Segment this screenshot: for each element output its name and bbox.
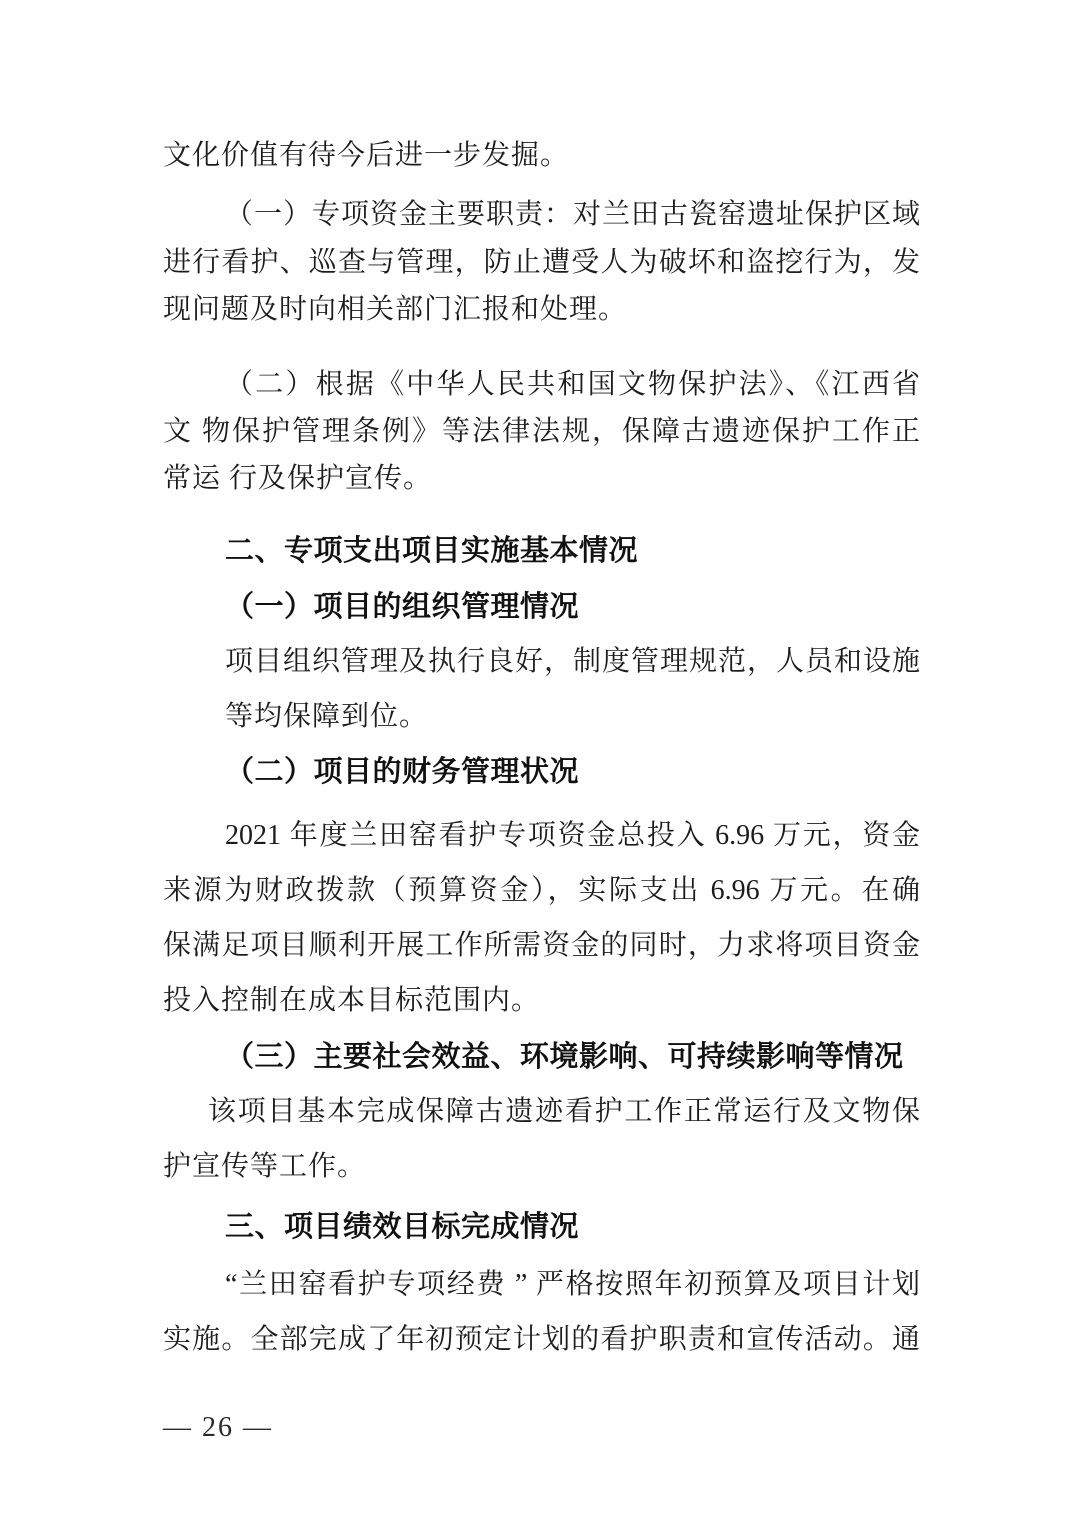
body-text-line: 进行看护、巡查与管理，防止遭受人为破坏和盗挖行为，发 [163,246,920,280]
body-text-line: 来源为财政拨款（预算资金），实际支出 6.96 万元。在确 [163,874,920,908]
body-text-line: 保满足项目顺利开展工作所需资金的同时，力求将项目资金 [163,929,920,963]
body-text-line: 2021 年度兰田窑看护专项资金总投入 6.96 万元，资金 [163,819,920,853]
page-number: — 26 — [163,1412,273,1444]
subsection-heading: （二）项目的财务管理状况 [163,755,920,790]
body-text-line: 等均保障到位。 [163,700,920,734]
body-text-line: 现问题及时向相关部门汇报和处理。 [163,293,920,327]
body-text-line: 该项目基本完成保障古遗迹看护工作正常运行及文物保 [163,1095,920,1129]
body-text-line: 文 物保护管理条例》等法律法规，保障古遗迹保护工作正 [163,415,920,449]
subsection-heading: （一）项目的组织管理情况 [163,590,920,625]
section-heading: 二、专项支出项目实施基本情况 [163,534,920,569]
document-page: 文化价值有待今后进一步发掘。 （一）专项资金主要职责：对兰田古瓷窑遗址保护区域 … [0,0,1074,1520]
section-heading: 三、项目绩效目标完成情况 [163,1210,920,1245]
body-text-line: 项目组织管理及执行良好，制度管理规范，人员和设施 [163,645,920,679]
body-text-line: 文化价值有待今后进一步发掘。 [163,139,920,173]
body-text-line: “兰田窑看护专项经费 ” 严格按照年初预算及项目计划 [163,1268,920,1302]
body-text-line: （一）专项资金主要职责：对兰田古瓷窑遗址保护区域 [163,198,920,232]
body-text-line: 投入控制在成本目标范围内。 [163,984,920,1018]
body-text-line: 实施。全部完成了年初预定计划的看护职责和宣传活动。通 [163,1323,920,1357]
subsection-heading: （三）主要社会效益、环境影响、可持续影响等情况 [163,1040,920,1075]
body-text-line: 护宣传等工作。 [163,1150,920,1184]
body-text-line: （二）根据《中华人民共和国文物保护法》、《江西省 [163,368,920,402]
body-text-line: 常运 行及保护宣传。 [163,462,920,496]
